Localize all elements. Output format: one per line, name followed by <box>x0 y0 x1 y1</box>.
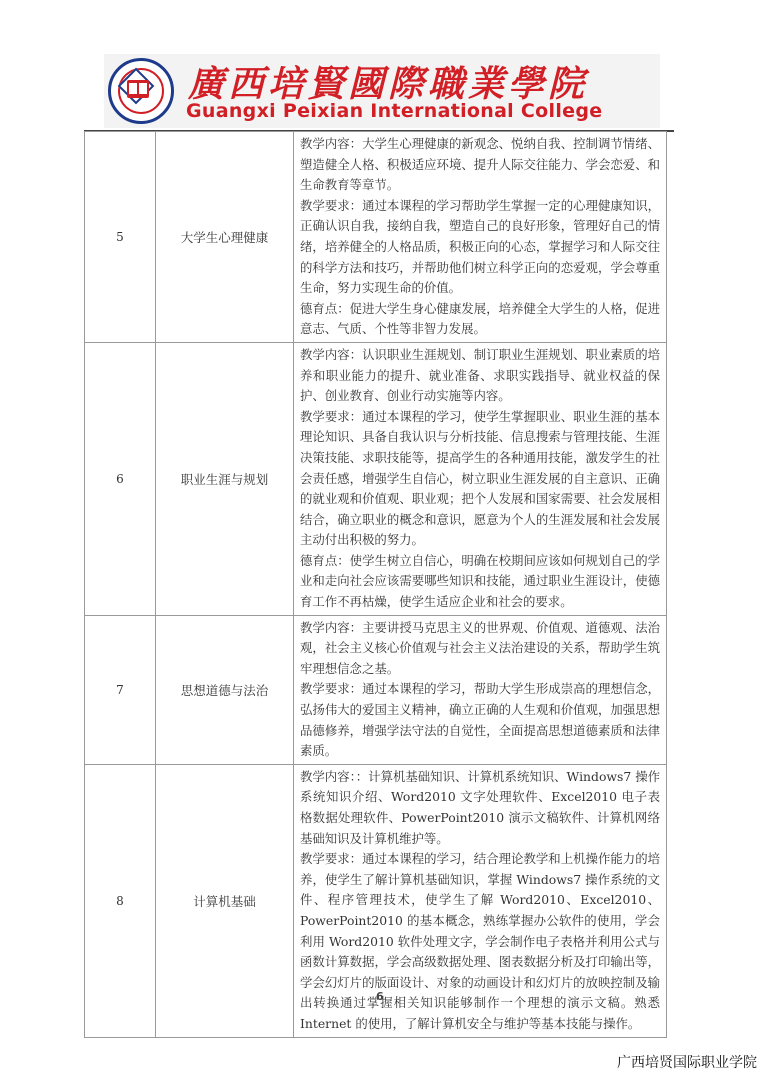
description-paragraph: 教学要求：通过本课程的学习，帮助大学生形成崇高的理想信念，弘扬伟大的爱国主义精神… <box>300 679 660 761</box>
course-description: 教学内容：：计算机基础知识、计算机系统知识、Windows7 操作系统知识介绍、… <box>294 764 667 1037</box>
course-description: 教学内容：认识职业生涯规划、制订职业生涯规划、职业素质的培养和职业能力的提升、就… <box>294 342 667 615</box>
course-name: 职业生涯与规划 <box>156 342 294 615</box>
description-paragraph: 教学要求：通过本课程的学习，使学生掌握职业、职业生涯的基本理论知识、具备自我认识… <box>300 407 660 551</box>
course-number: 6 <box>85 342 156 615</box>
course-description: 教学内容：大学生心理健康的新观念、悦纳自我、控制调节情绪、塑造健全人格、积极适应… <box>294 132 667 343</box>
description-paragraph: 教学内容：：计算机基础知识、计算机系统知识、Windows7 操作系统知识介绍、… <box>300 767 660 849</box>
course-name: 大学生心理健康 <box>156 132 294 343</box>
description-paragraph: 教学内容：大学生心理健康的新观念、悦纳自我、控制调节情绪、塑造健全人格、积极适应… <box>300 134 660 196</box>
description-paragraph: 教学要求：通过本课程的学习帮助学生掌握一定的心理健康知识，正确认识自我，接纳自我… <box>300 196 660 299</box>
course-number: 5 <box>85 132 156 343</box>
footer-organization: 广西培贤国际职业学院 <box>617 1052 757 1072</box>
course-number: 7 <box>85 615 156 764</box>
college-logo-icon <box>108 58 174 124</box>
course-name: 计算机基础 <box>156 764 294 1037</box>
header-banner: 廣西培賢國際職業學院 Guangxi Peixian International… <box>104 54 660 128</box>
course-description: 教学内容：主要讲授马克思主义的世界观、价值观、道德观、法治观，社会主义核心价值观… <box>294 615 667 764</box>
description-paragraph: 德育点：使学生树立自信心，明确在校期间应该如何规划自己的学业和走向社会应该需要哪… <box>300 551 660 613</box>
table-row: 7思想道德与法治教学内容：主要讲授马克思主义的世界观、价值观、道德观、法治观，社… <box>85 615 667 764</box>
page-number: 6 <box>376 990 384 1003</box>
table-row: 6职业生涯与规划教学内容：认识职业生涯规划、制订职业生涯规划、职业素质的培养和职… <box>85 342 667 615</box>
description-paragraph: 教学内容：认识职业生涯规划、制订职业生涯规划、职业素质的培养和职业能力的提升、就… <box>300 345 660 407</box>
course-name: 思想道德与法治 <box>156 615 294 764</box>
school-name-english: Guangxi Peixian International College <box>186 100 602 122</box>
description-paragraph: 教学要求：通过本课程的学习，结合理论教学和上机操作能力的培养，使学生了解计算机基… <box>300 849 660 1034</box>
course-table: 5大学生心理健康教学内容：大学生心理健康的新观念、悦纳自我、控制调节情绪、塑造健… <box>84 131 667 1038</box>
table-row: 5大学生心理健康教学内容：大学生心理健康的新观念、悦纳自我、控制调节情绪、塑造健… <box>85 132 667 343</box>
description-paragraph: 教学内容：主要讲授马克思主义的世界观、价值观、道德观、法治观，社会主义核心价值观… <box>300 618 660 680</box>
description-paragraph: 德育点：促进大学生身心健康发展，培养健全大学生的人格，促进意志、气质、个性等非智… <box>300 299 660 340</box>
course-number: 8 <box>85 764 156 1037</box>
logo-book-icon <box>127 80 149 98</box>
